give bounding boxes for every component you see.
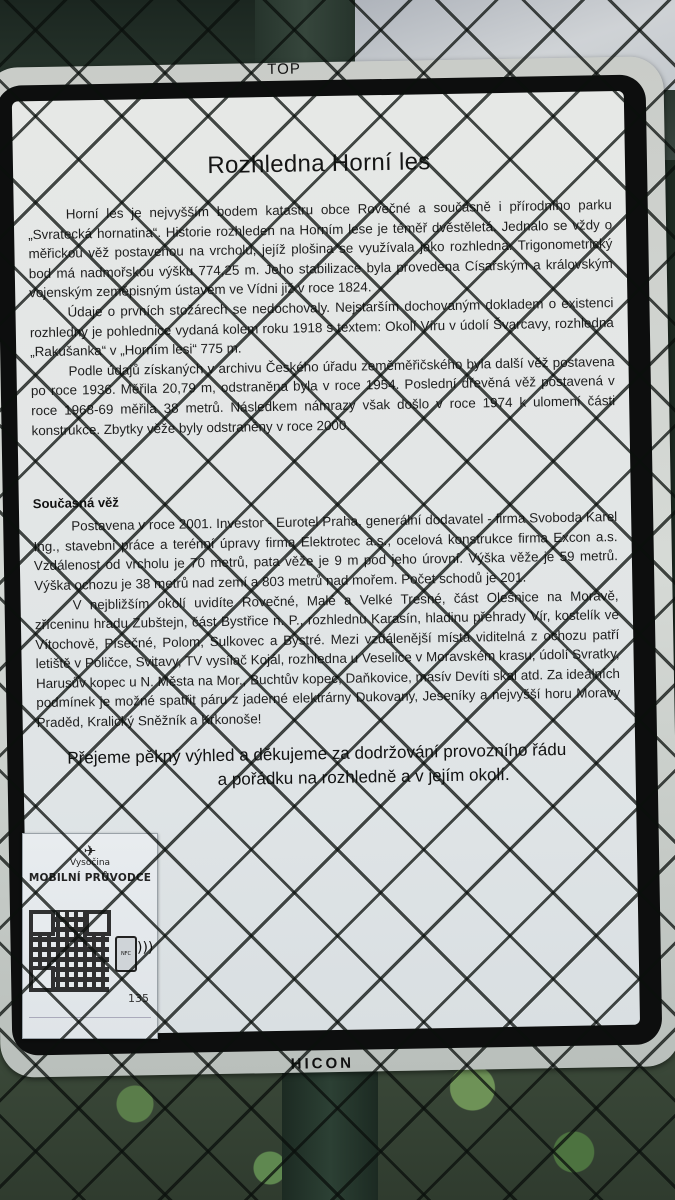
sign-title: Rozhledna Horní les [27,145,611,183]
bird-logo-icon: ✈ [23,844,157,858]
sticker-brand: Vysočina [23,858,157,868]
mobile-guide-sticker: ✈ Vysočina MOBILNÍ PRŮVODCE NFC ))) 135 [22,833,158,1039]
sticker-number: 135 [128,992,149,1005]
stamp-bottom: HICON [291,1055,355,1073]
history-paragraph: Údaje o prvních stožárech se nedochovaly… [29,293,614,362]
sticker-footer-logos [29,1017,151,1032]
section-heading: Současná věž [33,486,617,511]
nfc-phone-icon[interactable]: NFC [115,936,137,972]
current-tower-paragraph: V nejbližším okolí uvidíte Rovečné, Malé… [34,586,620,733]
nfc-waves-icon: ))) [137,940,153,956]
history-paragraph: Podle údajů získaných v archivu Českého … [30,352,615,441]
sign-content: Rozhledna Horní les Horní les je nejvyšš… [26,91,622,795]
current-tower-paragraph: Postavena v roce 2001. Investor - Eurote… [33,507,618,596]
stamp-top: TOP [267,60,301,78]
closing-message: Přejeme pěkný výhled a děkujeme za dodrž… [37,737,622,795]
sticker-heading: MOBILNÍ PRŮVODCE [23,872,157,884]
history-paragraph: Horní les je nejvyšším bodem katastru ob… [28,195,614,303]
qr-code[interactable] [29,910,109,992]
